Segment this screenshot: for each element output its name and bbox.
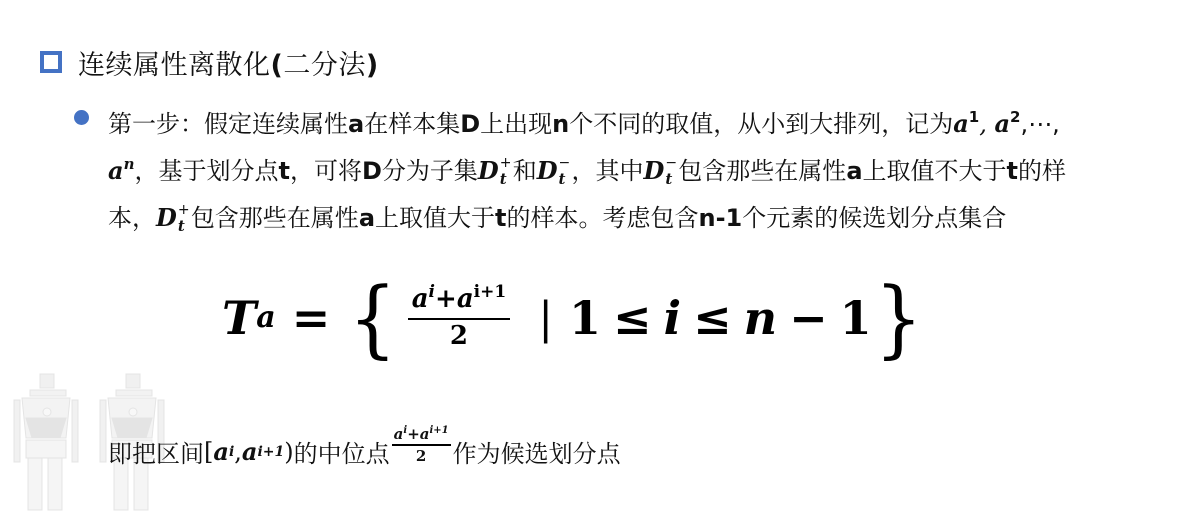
- math-subsup: +t: [177, 225, 191, 226]
- heading-paren-close: ): [366, 50, 379, 81]
- paragraph-line-1: 第一步：假定连续属性a在样本集D上出现n个不同的取值，从小到大排列，记为a1, …: [108, 100, 1183, 147]
- heading-inner-text: 二分法: [283, 50, 366, 81]
- math-sup: −: [559, 156, 571, 170]
- var-D: D: [460, 110, 480, 138]
- formula-fraction: ai+ai+1 2: [408, 285, 511, 350]
- heading-main-text: 连续属性离散化: [78, 50, 271, 81]
- formula-minus: −: [789, 291, 828, 345]
- num-plus: +: [435, 284, 457, 314]
- formula-i: i: [664, 291, 681, 345]
- math-sep: ,: [979, 110, 994, 138]
- math-sub: t: [665, 172, 672, 187]
- math-sup: n: [124, 155, 135, 173]
- num-a: a: [394, 425, 404, 443]
- var-a: a: [846, 157, 862, 185]
- num-a: a: [412, 284, 429, 314]
- num-plus: +: [407, 425, 420, 443]
- math-a1: a: [953, 109, 969, 138]
- interval-paren-close: ): [284, 438, 293, 466]
- text-segment: 上取值大于: [375, 204, 495, 232]
- num-sup: i+1: [474, 282, 507, 302]
- text-segment: 在样本集: [364, 110, 460, 138]
- num-a: a: [420, 425, 430, 443]
- text-segment: 包含那些在属性: [678, 157, 846, 185]
- text-segment: ，基于划分点: [134, 157, 278, 185]
- math-subsup: +t: [499, 178, 513, 179]
- math-D-plus: D: [478, 156, 499, 185]
- heading-paren-open: (: [271, 50, 284, 81]
- math-subsup: −t: [558, 178, 572, 179]
- math-an: a: [108, 156, 124, 185]
- num-sup: i+1: [430, 425, 449, 436]
- text-segment: 的样: [1018, 157, 1066, 185]
- math-sub: t: [178, 219, 185, 234]
- text-segment: 个不同的取值，从小到大排列，记为: [569, 110, 953, 138]
- var-n: n: [552, 110, 569, 138]
- midpoint-explanation: 即把区间 [ai, ai+1) 的中位点 ai+ai+1 2 作为候选划分点: [108, 434, 621, 469]
- heading-title: 连续属性离散化(二分法): [78, 43, 379, 82]
- math-D-minus: D: [644, 156, 665, 185]
- math-sup: −: [665, 156, 677, 170]
- text-segment: ，可将: [290, 157, 362, 185]
- var-a: a: [348, 110, 364, 138]
- formula-brace-open: {: [349, 276, 397, 360]
- var-t: t: [495, 204, 506, 232]
- formula-equals: =: [292, 291, 331, 345]
- text-segment: 作为候选划分点: [453, 434, 621, 469]
- text-segment: 第一步：假定连续属性: [108, 110, 348, 138]
- formula-one: 1: [840, 291, 872, 345]
- formula-denominator: 2: [450, 320, 468, 351]
- text-segment: 包含那些在属性: [191, 204, 359, 232]
- formula-T: T: [222, 291, 256, 345]
- math-subsup: −t: [664, 178, 678, 179]
- math-sup: +: [500, 156, 512, 170]
- formula-one: 1: [569, 291, 601, 345]
- text-segment: ，其中: [572, 157, 644, 185]
- math-a2: a: [994, 109, 1010, 138]
- math-a: a: [213, 437, 229, 466]
- var-D: D: [362, 157, 382, 185]
- text-segment: 即把区间: [108, 434, 204, 469]
- math-D-minus: D: [537, 156, 558, 185]
- math-sup: 2: [1010, 108, 1020, 126]
- candidate-split-points-formula: Ta = { ai+ai+1 2 | 1 ≤ i ≤ n − 1 }: [222, 268, 925, 368]
- text-segment: 本，: [108, 204, 156, 232]
- math-ellipsis: ,⋯,: [1020, 110, 1059, 138]
- formula-leq: ≤: [693, 291, 732, 345]
- var-t: t: [1007, 157, 1018, 185]
- interval-bracket-open: [: [204, 438, 213, 466]
- text-segment: 个元素的候选划分点集合: [742, 204, 1006, 232]
- text-segment: 的样本。考虑包含: [507, 204, 699, 232]
- midpoint-denominator: 2: [416, 446, 426, 465]
- math-sup: 1: [969, 108, 979, 126]
- math-a: a: [242, 437, 258, 466]
- formula-numerator: ai+ai+1: [408, 285, 511, 320]
- formula-such-that-bar: |: [538, 293, 553, 344]
- text-segment: 和: [513, 157, 537, 185]
- num-a: a: [457, 284, 474, 314]
- var-n-minus-1: n-1: [699, 204, 743, 232]
- var-a: a: [359, 204, 375, 232]
- formula-brace-close: }: [874, 276, 922, 360]
- bullet-paragraph: 第一步：假定连续属性a在样本集D上出现n个不同的取值，从小到大排列，记为a1, …: [108, 100, 1183, 241]
- math-D-plus: D: [156, 203, 177, 232]
- math-sup: +: [178, 203, 190, 217]
- formula-n: n: [744, 291, 777, 345]
- midpoint-numerator: ai+ai+1: [392, 425, 451, 446]
- interval-comma: ,: [234, 438, 242, 466]
- math-sub: t: [500, 172, 507, 187]
- text-segment: 上出现: [480, 110, 552, 138]
- paragraph-line-2: an，基于划分点t，可将D分为子集D+t和D−t，其中D−t包含那些在属性a上取…: [108, 147, 1183, 194]
- midpoint-fraction: ai+ai+1 2: [392, 425, 451, 465]
- text-segment: 上取值不大于: [863, 157, 1007, 185]
- math-sub: t: [559, 172, 566, 187]
- text-segment: 分为子集: [382, 157, 478, 185]
- formula-leq: ≤: [613, 291, 652, 345]
- paragraph-line-3: 本，D+t包含那些在属性a上取值大于t的样本。考虑包含n-1个元素的候选划分点集…: [108, 194, 1183, 241]
- filled-circle-bullet-icon: [74, 110, 89, 125]
- hollow-square-bullet-icon: [40, 51, 62, 73]
- section-heading: 连续属性离散化(二分法): [40, 44, 379, 80]
- slide: 连续属性离散化(二分法) 第一步：假定连续属性a在样本集D上出现n个不同的取值，…: [0, 0, 1201, 511]
- var-t: t: [278, 157, 289, 185]
- text-segment: 的中位点: [294, 434, 390, 469]
